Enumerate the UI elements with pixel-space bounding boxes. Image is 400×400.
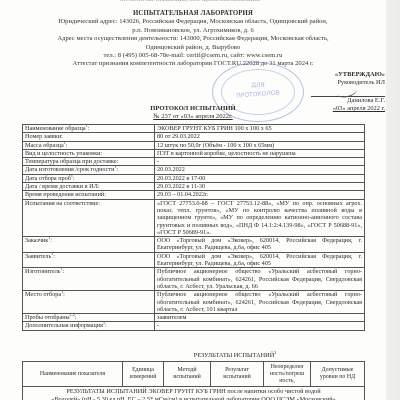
- info-row: Время проведения испытаний:29.03 – 01.04…: [23, 191, 365, 199]
- info-value: 12 штук по 50,0г (Объём - 100 x 100 x 65…: [155, 141, 365, 149]
- accreditation: Аттестат признания компетентности лабора…: [0, 60, 386, 68]
- info-label: Время проведения испытаний:: [23, 191, 155, 199]
- info-row: Наименование образца1:ЭКОВЕР ГРУНТ КУБ Г…: [23, 125, 365, 133]
- results-header-row: Наименование показателя Единица измерени…: [23, 362, 365, 387]
- info-label: Масса образца1:: [23, 141, 155, 149]
- protocol-number: № 237 от «03» апреля 2022г.: [0, 113, 386, 121]
- info-row: Пробы отобраны1,2:заявителем: [23, 314, 365, 322]
- info-label: Место отбора1:: [23, 291, 155, 314]
- info-value: заявителем: [155, 314, 365, 322]
- lab-title: ИСПЫТАТЕЛЬНАЯ ЛАБОРАТОРИЯ: [0, 10, 386, 18]
- info-value: -: [155, 158, 365, 166]
- info-label: Заявитель1:: [23, 252, 155, 268]
- info-row: Изготовитель1:Публичное акционерное обще…: [23, 268, 365, 291]
- info-row: Дата изготовления /срок годности1:20.03.…: [23, 166, 365, 174]
- results-title: РЕЗУЛЬТАТЫ ИСПЫТАНИЙ3: [160, 352, 310, 359]
- info-row: Температура образца при доставке:-: [23, 158, 365, 166]
- info-value: ЭКОВЕР ГРУНТ КУБ ГРИН 100 x 100 x 65: [155, 125, 365, 133]
- info-label: Номер заявки:: [23, 133, 155, 141]
- results-section-row: РЕЗУЛЬТАТЫ ИСПЫТАНИЙ ЭКОВЕР ГРУНТ КУБ ГР…: [23, 387, 365, 400]
- lab-header: ИСПЫТАТЕЛЬНАЯ ЛАБОРАТОРИЯ Юридический ад…: [0, 10, 386, 69]
- contacts: тел.: 8 (495) 005-68-78e-mail: certif@cs…: [0, 52, 386, 60]
- info-row: Дата отбора проб1:20.03.2022 в 17-00: [23, 174, 365, 182]
- info-value: «ГОСТ 27753.0-88 – ГОСТ 27753.12-88», «М…: [155, 199, 365, 236]
- info-value: Публичное акционерное общество «Уральски…: [155, 291, 365, 314]
- approver-name: Данилова Е.Г.: [305, 97, 385, 105]
- info-label: Дата отбора проб1:: [23, 174, 155, 182]
- results-section-caption: РЕЗУЛЬТАТЫ ИСПЫТАНИЙ ЭКОВЕР ГРУНТ КУБ ГР…: [23, 387, 365, 400]
- info-value: 20.03.2022: [155, 166, 365, 174]
- sample-info-table: Наименование образца1:ЭКОВЕР ГРУНТ КУБ Г…: [22, 124, 365, 331]
- info-value: ПЭТ в картонной коробке, целостность не …: [155, 149, 365, 157]
- scanner-edge: [386, 0, 400, 400]
- legal-address-line-2: р.п. Новоивановское, ул. Агрохимиков, д.…: [0, 27, 386, 35]
- info-row: Вид и целостность упаковки:ПЭТ в картонн…: [23, 149, 365, 157]
- info-row: Заявитель1:ООО «Торговый дом «Эковер», 6…: [23, 252, 365, 268]
- info-label: Наименование образца1:: [23, 125, 155, 133]
- document-page: ОРГАН ПО СЕРТИФИКАЦИИ, ООО «ЦСЭМ «МОСКОВ…: [0, 0, 386, 400]
- info-value: 29.03.2022 в 11-30: [155, 183, 365, 191]
- signature-line: [311, 88, 385, 97]
- protocol-title: ПРОТОКОЛ ИСПЫТАНИЙ: [0, 105, 386, 113]
- info-row: Заказчик1:ООО «Торговый дом «Эковер», 62…: [23, 237, 365, 253]
- info-row: Дата / время доставки в ИЛ:29.03.2022 в …: [23, 183, 365, 191]
- info-label: Дополнительная информация1:: [23, 322, 155, 330]
- info-row: Масса образца1:12 штук по 50,0г (Объём -…: [23, 141, 365, 149]
- activity-address-line-1: Адрес места осуществления деятельности: …: [0, 35, 386, 43]
- info-value: ООО «Торговый дом «Эковер», 620014, Росс…: [155, 237, 365, 253]
- info-row: Испытания на соответствие:«ГОСТ 27753.0-…: [23, 199, 365, 236]
- info-label: Заказчик1:: [23, 237, 155, 253]
- activity-address-line-2: Одинцовский район, д. Вырубово: [0, 44, 386, 52]
- info-label: Дата / время доставки в ИЛ:: [23, 183, 155, 191]
- results-table: Наименование показателя Единица измерени…: [22, 361, 365, 400]
- info-row: Номер заявки:80 от 29.03.2022: [23, 133, 365, 141]
- header-result: Результат испытаний: [211, 362, 264, 387]
- cut-header-line: ОРГАН ПО СЕРТИФИКАЦИИ, ООО «ЦСЭМ «МОСКОВ…: [100, 0, 280, 4]
- info-row: Место отбора1:Публичное акционерное обще…: [23, 291, 365, 314]
- header-indicator: Наименование показателя: [23, 362, 123, 387]
- info-value: 80 от 29.03.2022: [155, 133, 365, 141]
- header-unit: Единица измерений: [123, 362, 164, 387]
- info-value: 20.03.2022 в 17-00: [155, 174, 365, 182]
- approval-title: «УТВЕРЖДАЮ»: [305, 71, 385, 79]
- info-value: -: [155, 322, 365, 330]
- info-value: Публичное акционерное общество «Уральски…: [155, 268, 365, 291]
- info-value: ООО «Торговый дом «Эковер», 620014, Росс…: [155, 252, 365, 268]
- info-row: Дополнительная информация1:-: [23, 322, 365, 330]
- info-label: Испытания на соответствие:: [23, 199, 155, 236]
- stamp-line-2: ПРОТОКОЛОВ: [213, 88, 303, 101]
- header-allowed-levels: Допустимые уровни по НД: [311, 362, 365, 387]
- info-label: Изготовитель1:: [23, 268, 155, 291]
- header-method: Методй испытаний: [164, 362, 211, 387]
- header-uncertainty: Неопределен ность/погреш ность,: [264, 362, 311, 387]
- legal-address-line-1: Юридический адрес: 143026, Российская Фе…: [0, 18, 386, 26]
- info-label: Вид и целостность упаковки:: [23, 149, 155, 157]
- protocol-heading: ПРОТОКОЛ ИСПЫТАНИЙ № 237 от «03» апреля …: [0, 105, 386, 121]
- info-label: Температура образца при доставке:: [23, 158, 155, 166]
- info-value: 29.03 – 01.04.2022г.: [155, 191, 365, 199]
- info-label: Дата изготовления /срок годности1:: [23, 166, 155, 174]
- info-label: Пробы отобраны1,2:: [23, 314, 155, 322]
